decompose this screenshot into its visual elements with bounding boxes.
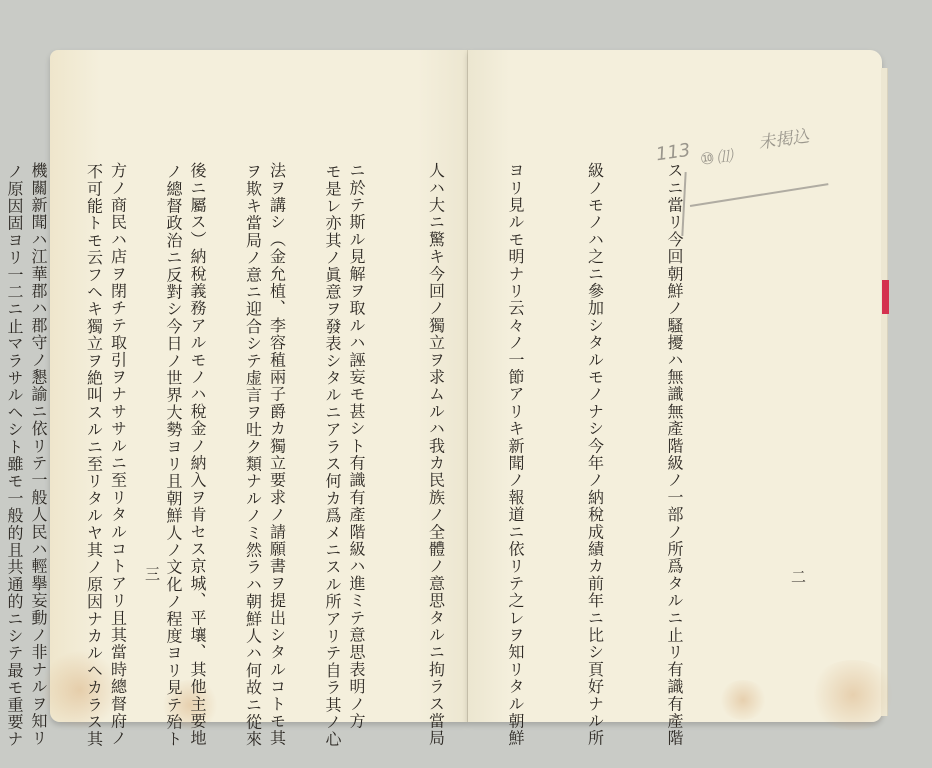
text-column: 法ヲ講シ（金允植、李容稙兩子爵カ獨立要求ノ請願書ヲ提出シタルコトモ其	[263, 162, 290, 632]
foxing-stain	[808, 660, 898, 730]
text-column: ニ於テ斯ル見解ヲ取ルハ誣妄モ甚シト有識有產階級ハ進ミテ意思表明ノ方	[343, 162, 370, 632]
pencil-annotation-circled: ⑩⑾	[699, 143, 736, 169]
foxing-stain	[718, 680, 768, 720]
foxing-stain	[40, 650, 120, 730]
page-edge	[881, 68, 888, 716]
text-column: 機關新聞ハ江華郡ハ郡守ノ懇諭ニ依リテ一般人民ハ輕擧妄動ノ非ナルヲ知リ	[25, 162, 52, 632]
text-column: 級ノモノハ之ニ參加シタルモノナシ今年ノ納稅成績カ前年ニ比シ頁好ナル所	[581, 162, 608, 632]
right-page-text: スニ當リ今回朝鮮ノ騷擾ハ無識無產階級ノ一部ノ所爲タルニ止リ有識有產階 級ノモノハ…	[470, 162, 740, 632]
page-number-right: 二	[788, 569, 809, 584]
text-column: 人ハ大ニ驚キ今回ノ獨立ヲ求ムルハ我カ民族ノ全體ノ意思タルニ拘ラス當局	[422, 162, 449, 632]
red-bookmark-tab	[882, 280, 889, 314]
text-column: ヨリ見ルモ明ナリ云々ノ一節アリキ新聞ノ報道ニ依リテ之レヲ知リタル朝鮮	[502, 162, 529, 632]
text-column: スニ當リ今回朝鮮ノ騷擾ハ無識無產階級ノ一部ノ所爲タルニ止リ有識有產階	[661, 162, 688, 632]
text-column: 後ニ屬ス）納稅義務アルモノハ稅金ノ納入ヲ肯セス京城、平壤、其他主要地	[184, 162, 211, 632]
text-column: 方ノ商民ハ店ヲ閉チテ取引ヲナササルニ至リタルコトアリ且其當時總督府ノ	[104, 162, 131, 632]
